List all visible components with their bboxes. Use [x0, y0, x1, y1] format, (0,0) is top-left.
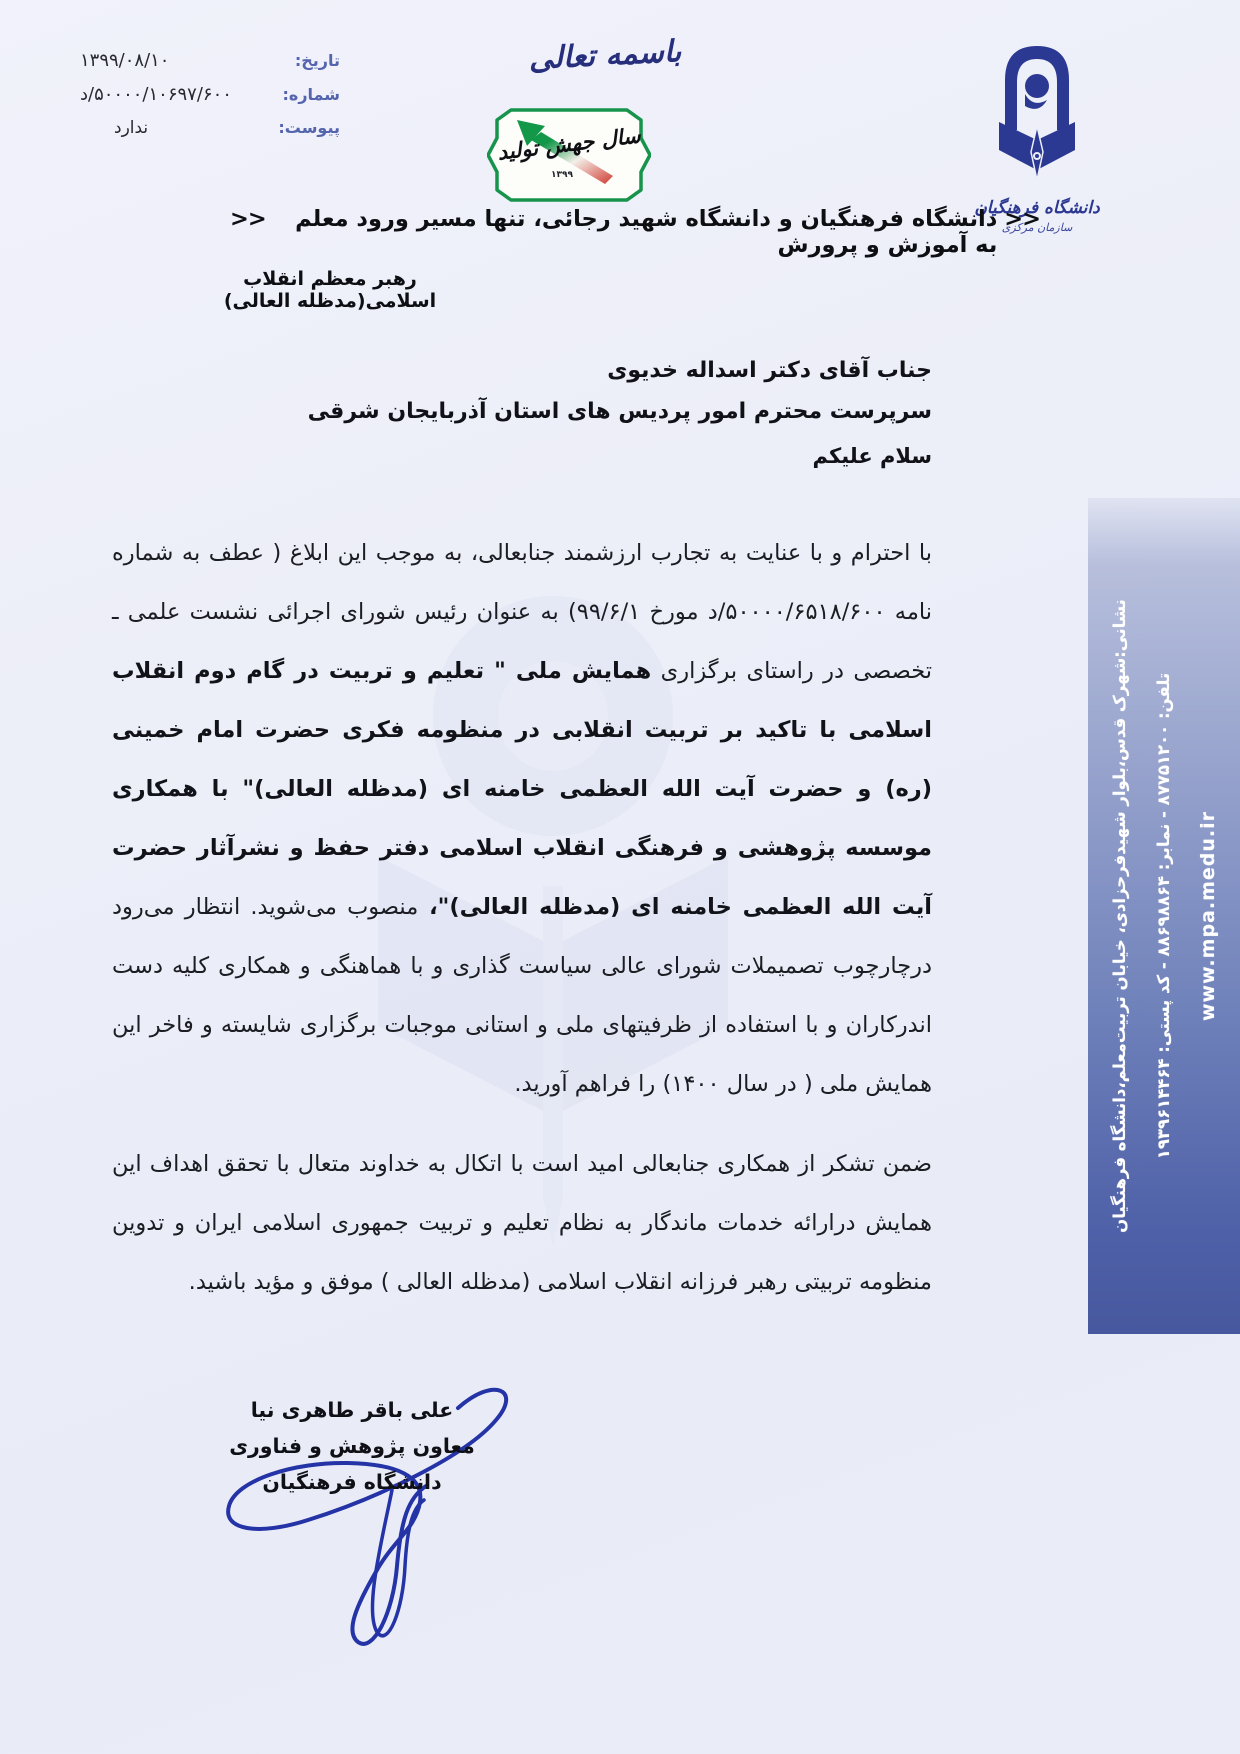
sidebar-website: www.mpa.medu.ir	[1186, 508, 1230, 1324]
university-logo: دانشگاه فرهنگیان سازمان مرکزی	[972, 34, 1102, 234]
number-value: ۵۰۰۰۰/۱۰۶۹۷/۶۰۰/د	[80, 84, 262, 105]
meta-row-date: تاریخ: ۱۳۹۹/۰۸/۱۰	[80, 50, 340, 71]
slogan-line: >> دانشگاه فرهنگیان و دانشگاه شهید رجائی…	[230, 206, 1040, 258]
number-label: شماره:	[262, 85, 340, 104]
date-value: ۱۳۹۹/۰۸/۱۰	[80, 50, 262, 71]
signer-name: علی باقر طاهری نیا	[222, 1392, 482, 1428]
contact-sidebar: نشانی:شهرک قدس،بلوار شهیدفرحزادی، خیابان…	[1088, 498, 1240, 1334]
letter-page: تاریخ: ۱۳۹۹/۰۸/۱۰ شماره: ۵۰۰۰۰/۱۰۶۹۷/۶۰۰…	[0, 0, 1240, 1754]
attachment-value: ندارد	[80, 118, 262, 138]
slogan-text: دانشگاه فرهنگیان و دانشگاه شهید رجائی، ت…	[273, 206, 998, 258]
basmala-calligraphy: باسمه تعالی	[494, 32, 716, 78]
letter-body: با احترام و با عنایت به تجارب ارزشمند جن…	[112, 524, 932, 1333]
recipient-name: جناب آقای دکتر اسداله خدیوی	[300, 358, 932, 383]
stamp-year: ۱۳۹۹	[551, 170, 573, 180]
sidebar-address: نشانی:شهرک قدس،بلوار شهیدفرحزادی، خیابان…	[1098, 508, 1142, 1324]
recipient-title: سرپرست محترم امور پردیس های استان آذربای…	[300, 399, 932, 424]
paragraph-1: با احترام و با عنایت به تجارب ارزشمند جن…	[112, 524, 932, 1114]
contact-sidebar-rotated: نشانی:شهرک قدس،بلوار شهیدفرحزادی، خیابان…	[1088, 498, 1240, 1334]
p1-regular-end: منصوب می‌شوید. انتظار می‌رود درچارچوب تص…	[112, 894, 932, 1097]
paragraph-2: ضمن تشکر از همکاری جنابعالی امید است با …	[112, 1135, 932, 1312]
meta-row-number: شماره: ۵۰۰۰۰/۱۰۶۹۷/۶۰۰/د	[80, 84, 340, 105]
greeting: سلام علیکم	[300, 444, 932, 468]
signer-org: دانشگاه فرهنگیان	[222, 1464, 482, 1500]
letter-meta: تاریخ: ۱۳۹۹/۰۸/۱۰ شماره: ۵۰۰۰۰/۱۰۶۹۷/۶۰۰…	[80, 50, 340, 151]
signer-title: معاون پژوهش و فناوری	[222, 1428, 482, 1464]
chevron-right-icon: >>	[1004, 206, 1040, 258]
meta-row-attachment: پیوست: ندارد	[80, 118, 340, 138]
signature-block: علی باقر طاهری نیا معاون پژوهش و فناوری …	[222, 1392, 482, 1500]
year-stamp: سال جهش تولید ۱۳۹۹	[487, 106, 651, 204]
university-emblem-icon	[985, 34, 1089, 192]
slogan-attribution: رهبر معظم انقلاب اسلامی(مدظله العالی)	[180, 268, 480, 312]
chevron-left-icon: >>	[230, 206, 266, 258]
p1-bold-middle: همایش ملی " تعلیم و تربیت در گام دوم انق…	[112, 658, 932, 920]
date-label: تاریخ:	[262, 51, 340, 70]
recipient-block: جناب آقای دکتر اسداله خدیوی سرپرست محترم…	[300, 358, 932, 468]
attachment-label: پیوست:	[262, 118, 340, 137]
sidebar-phone: تلفن: ۸۷۷۵۱۲۰۰ - نمابر: ۸۸۶۹۸۸۶۴ - کد پس…	[1142, 508, 1186, 1324]
